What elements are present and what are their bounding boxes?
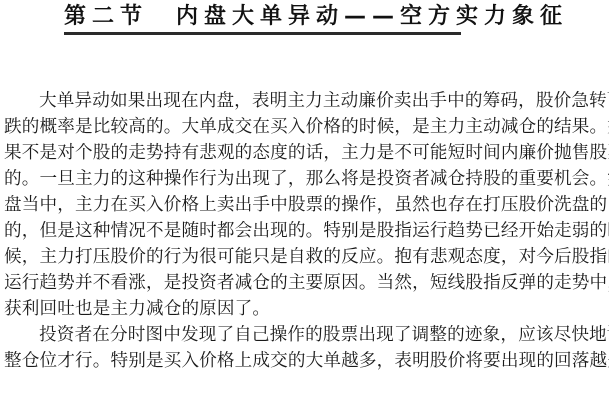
paragraph-2: 投资者在分时图中发现了自己操作的股票出现了调整的迹象，应该尽快地调 整仓位才行。…	[4, 322, 606, 374]
paragraph-1: 大单异动如果出现在内盘，表明主力主动廉价卖出手中的筹码，股价急转下 跌的概率是比…	[4, 88, 606, 322]
title-underline	[64, 32, 461, 35]
text-line: 的。一旦主力的这种操作行为出现了，那么将是投资者减仓持股的重要机会。实	[4, 166, 606, 192]
text-line: 的，但是这种情况不是随时都会出现的。特别是股指运行趋势已经开始走弱的时	[4, 218, 606, 244]
body-text: 大单异动如果出现在内盘，表明主力主动廉价卖出手中的筹码，股价急转下 跌的概率是比…	[4, 88, 606, 374]
text-line: 大单异动如果出现在内盘，表明主力主动廉价卖出手中的筹码，股价急转下	[4, 88, 606, 114]
text-line: 整仓位才行。特别是买入价格上成交的大单越多，表明股价将要出现的回落越是	[4, 348, 606, 374]
text-line: 果不是对个股的走势持有悲观的态度的话，主力是不可能短时间内廉价抛售股票	[4, 140, 606, 166]
text-line: 跌的概率是比较高的。大单成交在买入价格的时候，是主力主动减仓的结果。如	[4, 114, 606, 140]
section-title: 第二节 内盘大单异动——空方实力象征	[64, 4, 568, 29]
section-heading: 第二节 内盘大单异动——空方实力象征	[64, 4, 461, 30]
text-line: 候，主力打压股价的行为很可能只是自救的反应。抱有悲观态度，对今后股指的	[4, 244, 606, 270]
text-line: 投资者在分时图中发现了自己操作的股票出现了调整的迹象，应该尽快地调	[4, 322, 606, 348]
text-line: 运行趋势并不看涨，是投资者减仓的主要原因。当然，短线股指反弹的走势中，	[4, 270, 606, 296]
text-line: 盘当中，主力在买入价格上卖出手中股票的操作，虽然也存在打压股价洗盘的目	[4, 192, 606, 218]
text-line: 获利回吐也是主力减仓的原因了。	[4, 296, 606, 322]
